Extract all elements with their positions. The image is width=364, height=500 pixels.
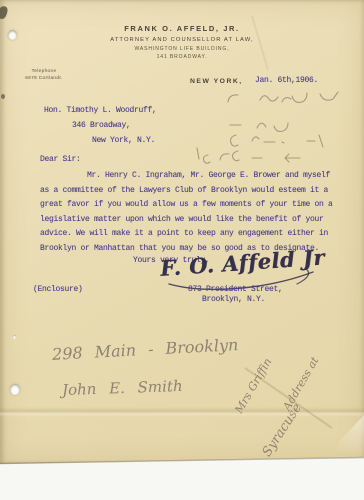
dateline-date: Jan. 6th,1906. <box>255 76 318 85</box>
body-line: Mr. Henry C. Ingraham, Mr. George E. Bro… <box>87 169 333 184</box>
letter-paper: FRANK O. AFFELD, JR. ATTORNEY AND COUNSE… <box>0 0 364 464</box>
body-line: as a committee of the Lawyers Club of Br… <box>40 184 333 199</box>
letterhead-title: ATTORNEY AND COUNSELLOR AT LAW, <box>0 37 364 43</box>
punch-hole-top <box>8 30 17 40</box>
horizontal-fold-crease <box>0 407 364 417</box>
recipient-name: Hon. Timothy L. Woodruff, <box>44 106 157 115</box>
recipient-city: New York, N.Y. <box>92 136 155 145</box>
body-line: legislative matter upon which we would l… <box>40 213 333 228</box>
recipient-street: 346 Broadway, <box>72 121 131 130</box>
telephone-number: 6678 Cortlandt. <box>16 75 72 82</box>
dateline-city: NEW YORK, <box>190 78 243 85</box>
letterhead-street: 141 BROADWAY. <box>0 54 364 60</box>
punch-hole-bottom <box>10 384 20 395</box>
enclosure-note: (Enclosure) <box>33 285 83 294</box>
pin-hole <box>13 335 16 339</box>
body-line: advice. We will make it a point to keep … <box>40 227 333 242</box>
letterhead-name: FRANK O. AFFELD, JR. <box>0 24 364 33</box>
edge-speck <box>1 94 5 99</box>
sender-street: 873 President Street, <box>188 285 283 294</box>
body-line: great favor if you would allow us a few … <box>40 198 333 213</box>
scanned-letter-page: FRANK O. AFFELD, JR. ATTORNEY AND COUNSE… <box>0 0 364 500</box>
salutation: Dear Sir: <box>40 155 81 164</box>
sender-city: Brooklyn, N.Y. <box>202 295 265 304</box>
telephone-block: Telephone 6678 Cortlandt. <box>16 68 72 81</box>
letterhead-building: WASHINGTON LIFE BUILDING, <box>0 46 364 52</box>
letter-body: Mr. Henry C. Ingraham, Mr. George E. Bro… <box>40 169 333 257</box>
